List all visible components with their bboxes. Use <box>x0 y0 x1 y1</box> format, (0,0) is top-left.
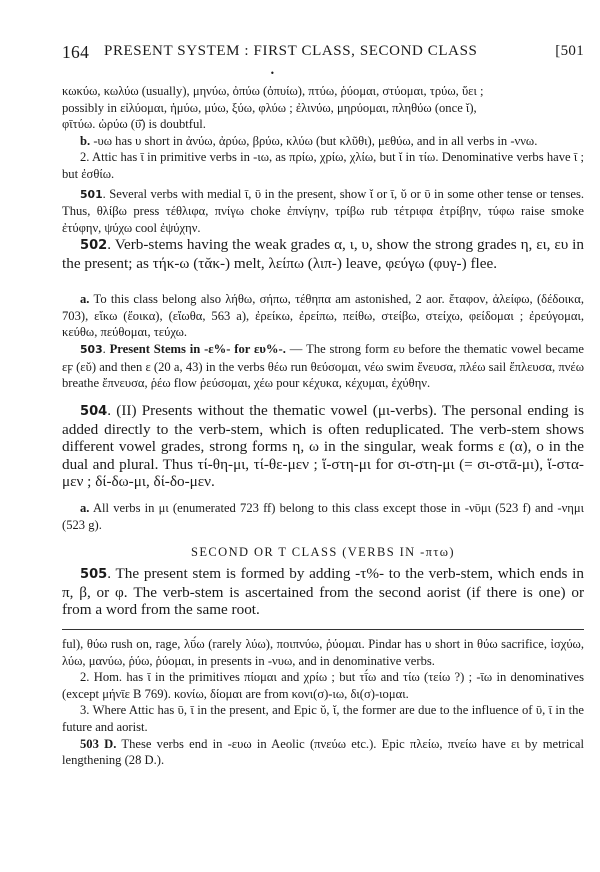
note-body: a. To this class belong also λήθω, σήπω,… <box>62 291 584 341</box>
continued-notes: κωκύω, κωλύω (usually), μηνύω, ὀπύω (ὀπυ… <box>62 83 584 236</box>
paragraph-body: 502. Verb-stems having the weak grades α… <box>62 236 584 272</box>
note-label: b. <box>80 134 90 148</box>
footnote-text: Hom. has ῑ in the primitives πίομαι and … <box>62 670 584 701</box>
footnote-text: These verbs end in -ευω in Aeolic (πνεύω… <box>62 737 584 768</box>
paragraph-504: 504. (II) Presents without the thematic … <box>62 402 584 491</box>
paragraph-body: 503. Present Stems in -ε%- for ευ%-. — T… <box>62 341 584 392</box>
paragraph-502-note-a: a. To this class belong also λήθω, σήπω,… <box>62 291 584 341</box>
paragraph-number: 503 <box>80 343 103 356</box>
text-line: possibly in εἰλύομαι, ἡμύω, μύω, ξύω, φλ… <box>62 100 584 117</box>
page-number: 164 <box>62 42 89 63</box>
note-label: 2. <box>80 150 89 164</box>
running-header: 164 PRESENT SYSTEM : FIRST CLASS, SECOND… <box>62 42 584 66</box>
footnote-text: Where Attic has ῡ, ῑ in the present, and… <box>62 703 584 734</box>
note-label: a. <box>80 501 89 515</box>
footnotes: ful), θύω rush on, rage, λῡ́ω (rarely λύ… <box>62 636 584 769</box>
footnote-3: 3. Where Attic has ῡ, ῑ in the present, … <box>62 702 584 735</box>
paragraph-number: 502 <box>80 238 107 253</box>
paragraph-body: 505. The present stem is formed by addin… <box>62 565 584 619</box>
footnote-label: 3. <box>80 703 89 717</box>
footnote-503d: 503 D. These verbs end in -ευω in Aeolic… <box>62 736 584 769</box>
paragraph-504-note-a: a. All verbs in μι (enumerated 723 ff) b… <box>62 500 584 533</box>
running-title: PRESENT SYSTEM : FIRST CLASS, SECOND CLA… <box>104 43 478 60</box>
text-line: φῑτύω. ὠρύω (ῡ̆) is doubtful. <box>62 116 584 133</box>
footnote-label: 503 D. <box>80 737 116 751</box>
paragraph-text: Several verbs with medial ῑ, ῡ in the pr… <box>62 187 584 235</box>
footnote-2: 2. Hom. has ῑ in the primitives πίομαι a… <box>62 669 584 702</box>
note-b: b. -υω has υ short in ἀνύω, ἀρύω, βρύω, … <box>62 133 584 150</box>
note-text: -υω has υ short in ἀνύω, ἀρύω, βρύω, κλύ… <box>93 134 537 148</box>
paragraph-text: (II) Presents without the thematic vowel… <box>62 402 584 490</box>
paragraph-heading: Present Stems in -ε%- for ευ%-. <box>110 342 286 356</box>
note-text: All verbs in μι (enumerated 723 ff) belo… <box>62 501 584 532</box>
paragraph-505: 505. The present stem is formed by addin… <box>62 565 584 619</box>
footnote-divider <box>62 629 584 630</box>
note-text: To this class belong also λήθω, σήπω, τέ… <box>62 292 584 339</box>
paragraph-number: 501 <box>80 188 103 201</box>
paragraph-503: 503. Present Stems in -ε%- for ευ%-. — T… <box>62 341 584 392</box>
footnote-continued: ful), θύω rush on, rage, λῡ́ω (rarely λύ… <box>62 636 584 669</box>
note-2: 2. Attic has ῑ in primitive verbs in -ιω… <box>62 149 584 182</box>
paragraph-501: 501. Several verbs with medial ῑ, ῡ in t… <box>62 186 584 237</box>
paragraph-number: 505 <box>80 567 107 582</box>
text-line: κωκύω, κωλύω (usually), μηνύω, ὀπύω (ὀπυ… <box>62 83 584 100</box>
section-reference: [501 <box>555 43 584 60</box>
section-heading: SECOND OR T CLASS (VERBS IN -πτω) <box>62 545 584 560</box>
paragraph-502: 502. Verb-stems having the weak grades α… <box>62 236 584 272</box>
note-body: a. All verbs in μι (enumerated 723 ff) b… <box>62 500 584 533</box>
note-text: Attic has ῑ in primitive verbs in -ιω, a… <box>62 150 584 181</box>
paragraph-number: 504 <box>80 404 107 419</box>
paragraph-text: Verb-stems having the weak grades α, ι, … <box>62 236 584 272</box>
note-label: a. <box>80 292 89 306</box>
paragraph-body: 504. (II) Presents without the thematic … <box>62 402 584 491</box>
print-mark: • <box>270 69 275 78</box>
footnote-label: 2. <box>80 670 89 684</box>
paragraph-text: The present stem is formed by adding -τ%… <box>62 565 584 618</box>
